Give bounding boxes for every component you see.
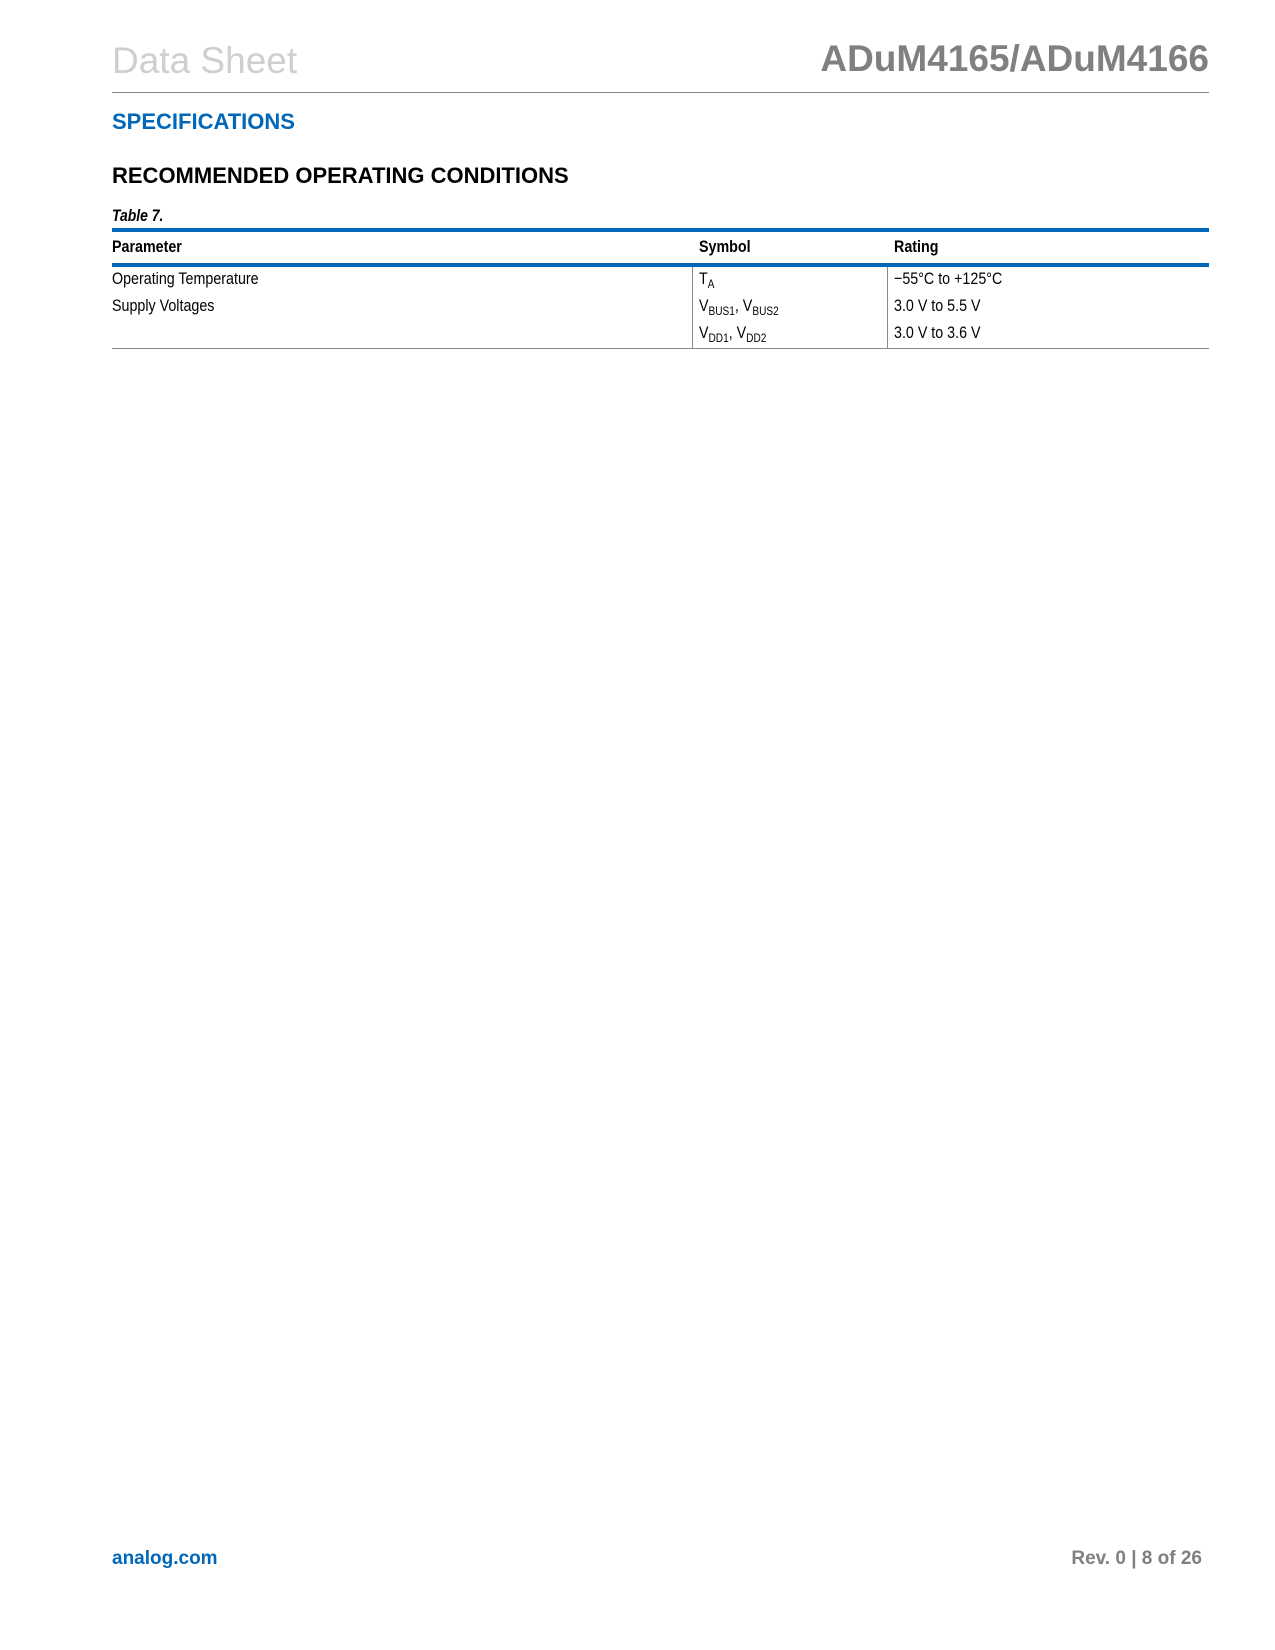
cell-rating: −55°C to +125°C [888, 265, 1210, 294]
column-header-parameter: Parameter [112, 230, 693, 265]
cell-symbol: TA [693, 265, 888, 294]
part-number-title: ADuM4165/ADuM4166 [820, 38, 1209, 80]
footer-revision-page: Rev. 0 | 8 of 26 [1071, 1548, 1202, 1570]
page-header: Data Sheet ADuM4165/ADuM4166 [112, 38, 1209, 93]
footer-website-link[interactable]: analog.com [112, 1548, 218, 1570]
table-row: VDD1, VDD23.0 V to 3.6 V [112, 321, 1209, 349]
column-header-symbol: Symbol [693, 230, 888, 265]
table-row: Supply VoltagesVBUS1, VBUS23.0 V to 5.5 … [112, 294, 1209, 321]
cell-symbol: VDD1, VDD2 [693, 321, 888, 349]
cell-symbol: VBUS1, VBUS2 [693, 294, 888, 321]
table-body: Operating TemperatureTA−55°C to +125°CSu… [112, 265, 1209, 349]
section-title: SPECIFICATIONS [112, 109, 295, 135]
doc-type-label: Data Sheet [112, 40, 297, 82]
table-caption: Table 7. [112, 206, 163, 226]
cell-rating: 3.0 V to 5.5 V [888, 294, 1210, 321]
cell-parameter: Operating Temperature [112, 265, 693, 294]
cell-parameter: Supply Voltages [112, 294, 693, 321]
column-header-rating: Rating [888, 230, 1210, 265]
table-header-row: Parameter Symbol Rating [112, 230, 1209, 265]
cell-parameter [112, 321, 693, 349]
subsection-title: RECOMMENDED OPERATING CONDITIONS [112, 163, 569, 189]
cell-rating: 3.0 V to 3.6 V [888, 321, 1210, 349]
operating-conditions-table: Parameter Symbol Rating Operating Temper… [112, 228, 1209, 349]
table-row: Operating TemperatureTA−55°C to +125°C [112, 265, 1209, 294]
